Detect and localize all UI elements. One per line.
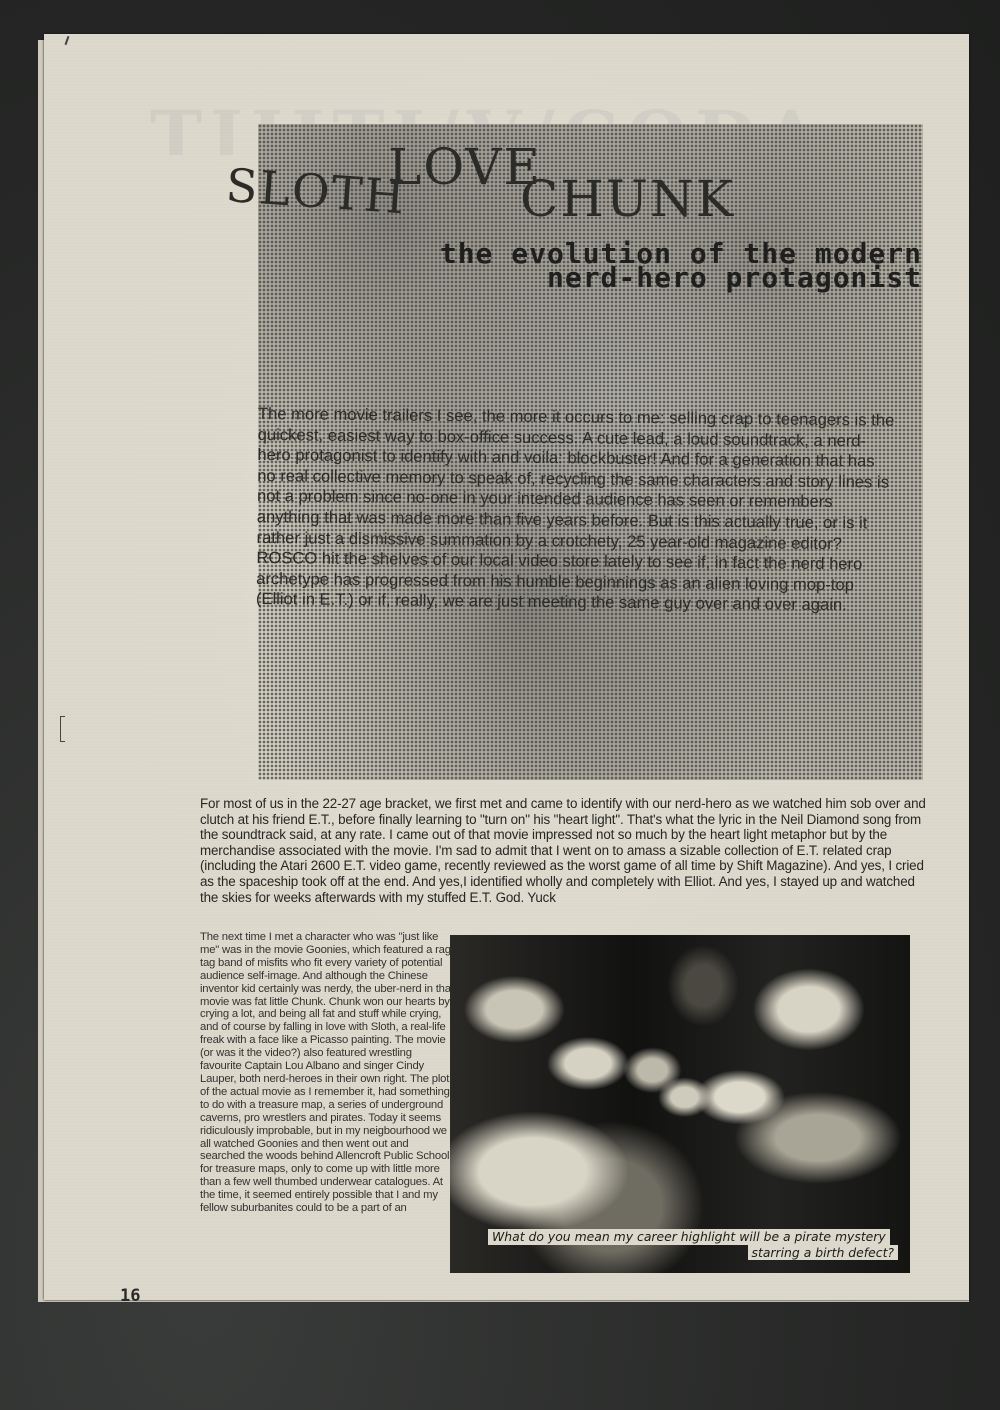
page-number: 16 xyxy=(120,1286,140,1306)
title-word-chunk: CHUNK xyxy=(520,170,735,228)
margin-bracket-mark xyxy=(60,716,65,742)
title-word-love: LOVE xyxy=(388,138,542,196)
caption-line-2: starring a birth defect? xyxy=(748,1245,899,1260)
body-paragraph-1: For most of us in the 22-27 age bracket,… xyxy=(200,796,930,905)
article-subtitle: the evolution of the modern nerd-hero pr… xyxy=(440,242,922,290)
body-paragraph-2: The next time I met a character who was … xyxy=(200,931,455,1215)
caption-line-1: What do you mean my career highlight wil… xyxy=(488,1229,890,1245)
photo-caption: What do you mean my career highlight wil… xyxy=(488,1229,908,1261)
goonies-photo xyxy=(450,935,910,1273)
caption-line-2-wrap: starring a birth defect? xyxy=(488,1245,898,1261)
intro-paragraph: The more movie trailers I see, the more … xyxy=(256,404,898,617)
